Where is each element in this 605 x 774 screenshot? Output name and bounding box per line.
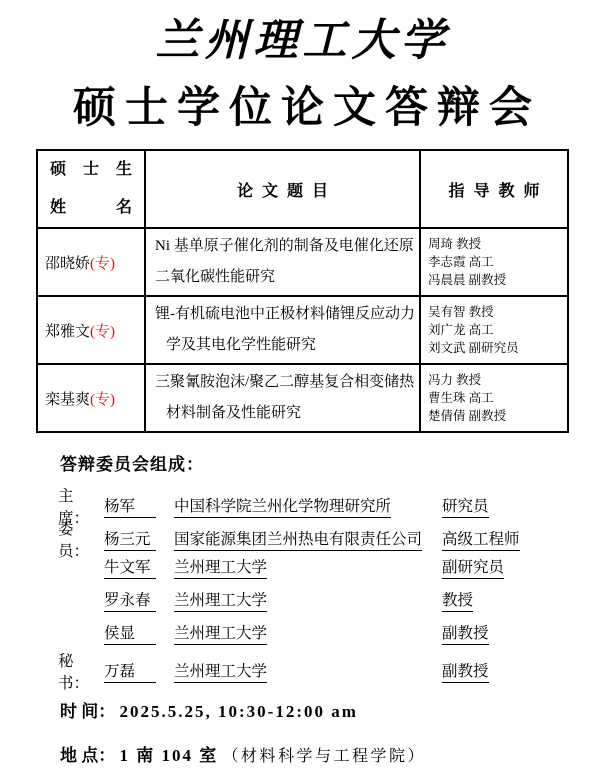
advisor-line: 冯力 教授: [428, 371, 566, 389]
committee-role: 秘书：: [58, 649, 104, 693]
advisor-line: 刘文武 副研究员: [428, 339, 566, 357]
committee-member-org: 国家能源集团兰州热电有限责任公司: [174, 527, 422, 551]
committee-member-org: 兰州理工大学: [174, 659, 267, 683]
thesis-line-1: 锂-有机硫电池中正极材料储锂反应动力: [155, 299, 415, 330]
committee-member-name: 杨军: [104, 494, 156, 518]
committee-row: 牛文军 兰州理工大学 副研究员: [58, 550, 605, 583]
committee-member-title: 副研究员: [442, 555, 504, 579]
committee-member-name: 万磊: [104, 659, 156, 683]
thesis-line-1: 三聚氰胺泡沫/聚乙二醇基复合相变储热: [155, 367, 415, 398]
committee-member-title: 高级工程师: [442, 527, 520, 551]
advisor-line: 冯晨晨 副教授: [428, 271, 566, 289]
defense-location-note: （材料科学与工程学院）: [223, 748, 427, 765]
committee-row: 委员： 杨三元 国家能源集团兰州热电有限责任公司 高级工程师: [58, 517, 605, 550]
defense-time-line: 时 间： 2025.5.25, 10:30-12:00 am: [60, 697, 605, 722]
defense-time-value: 2025.5.25, 10:30-12:00 am: [120, 702, 358, 721]
committee-member-name: 牛文军: [104, 555, 156, 579]
table-header-row: 硕士生 姓名 论文题目 指导教师: [37, 150, 568, 228]
committee-member-org: 兰州理工大学: [174, 588, 267, 612]
defense-location-label: 地 点：: [60, 746, 115, 765]
committee-role: 委员：: [58, 517, 104, 561]
defense-location-value: 1 南 104 室: [120, 746, 219, 765]
committee-list: 主席： 杨军 中国科学院兰州化学物理研究所 研究员 委员： 杨三元 国家能源集团…: [58, 484, 605, 682]
committee-row: 秘书： 万磊 兰州理工大学 副教授: [58, 649, 605, 682]
thesis-line-2: 学及其电化学性能研究: [155, 330, 415, 361]
defense-time-label: 时 间：: [60, 702, 115, 721]
student-tag: (专): [90, 324, 115, 340]
student-name-cell: 栾基爽(专): [37, 364, 145, 432]
committee-heading: 答辩委员会组成：: [60, 450, 605, 475]
university-calligraphy-logo: 兰州理工大学: [0, 10, 605, 72]
committee-member-name: 杨三元: [104, 527, 156, 551]
committee-member-org: 中国科学院兰州化学物理研究所: [174, 494, 391, 518]
advisor-line: 周琦 教授: [428, 235, 566, 253]
committee-row: 主席： 杨军 中国科学院兰州化学物理研究所 研究员: [58, 484, 605, 517]
advisors-cell: 冯力 教授 曹生珠 高工 楚倩倩 副教授: [420, 364, 568, 432]
advisor-line: 吴有智 教授: [428, 303, 566, 321]
student-name: 栾基爽: [45, 392, 90, 408]
advisor-line: 李志霞 高工: [428, 253, 566, 271]
thesis-line-2: 二氧化碳性能研究: [155, 262, 415, 293]
committee-row: 罗永春 兰州理工大学 教授: [58, 583, 605, 616]
page-title: 硕士学位论文答辩会: [0, 74, 605, 135]
defense-location-line: 地 点： 1 南 104 室 （材料科学与工程学院）: [60, 741, 605, 766]
thesis-title-cell: 三聚氰胺泡沫/聚乙二醇基复合相变储热 材料制备及性能研究: [145, 364, 420, 432]
table-header-advisor: 指导教师: [420, 150, 568, 228]
committee-member-title: 副教授: [442, 659, 489, 683]
thesis-title-cell: Ni 基单原子催化剂的制备及电催化还原 二氧化碳性能研究: [145, 228, 420, 296]
table-header-thesis-title: 论文题目: [145, 150, 420, 228]
student-tag: (专): [90, 256, 115, 272]
student-row: 栾基爽(专) 三聚氰胺泡沫/聚乙二醇基复合相变储热 材料制备及性能研究 冯力 教…: [37, 364, 568, 432]
committee-member-title: 教授: [442, 588, 473, 612]
thesis-title-cell: 锂-有机硫电池中正极材料储锂反应动力 学及其电化学性能研究: [145, 296, 420, 364]
committee-member-name: 侯显: [104, 621, 156, 645]
student-row: 邵晓娇(专) Ni 基单原子催化剂的制备及电催化还原 二氧化碳性能研究 周琦 教…: [37, 228, 568, 296]
advisors-cell: 吴有智 教授 刘广龙 高工 刘文武 副研究员: [420, 296, 568, 364]
advisors-cell: 周琦 教授 李志霞 高工 冯晨晨 副教授: [420, 228, 568, 296]
committee-member-org: 兰州理工大学: [174, 621, 267, 645]
committee-member-name: 罗永春: [104, 588, 156, 612]
advisor-line: 刘广龙 高工: [428, 321, 566, 339]
advisor-line: 曹生珠 高工: [428, 389, 566, 407]
committee-member-org: 兰州理工大学: [174, 555, 267, 579]
advisor-line: 楚倩倩 副教授: [428, 407, 566, 425]
student-tag: (专): [90, 392, 115, 408]
student-name-cell: 郑雅文(专): [37, 296, 145, 364]
committee-member-title: 副教授: [442, 621, 489, 645]
table-header-student-name: 硕士生 姓名: [37, 150, 145, 228]
student-name: 邵晓娇: [45, 256, 90, 272]
committee-row: 侯显 兰州理工大学 副教授: [58, 616, 605, 649]
thesis-table: 硕士生 姓名 论文题目 指导教师 邵晓娇(专) Ni 基单原子催化剂的制备及电催…: [36, 149, 569, 433]
thesis-line-1: Ni 基单原子催化剂的制备及电催化还原: [155, 231, 415, 262]
student-name: 郑雅文: [45, 324, 90, 340]
student-row: 郑雅文(专) 锂-有机硫电池中正极材料储锂反应动力 学及其电化学性能研究 吴有智…: [37, 296, 568, 364]
student-name-cell: 邵晓娇(专): [37, 228, 145, 296]
thesis-line-2: 材料制备及性能研究: [155, 398, 415, 429]
committee-member-title: 研究员: [442, 494, 489, 518]
